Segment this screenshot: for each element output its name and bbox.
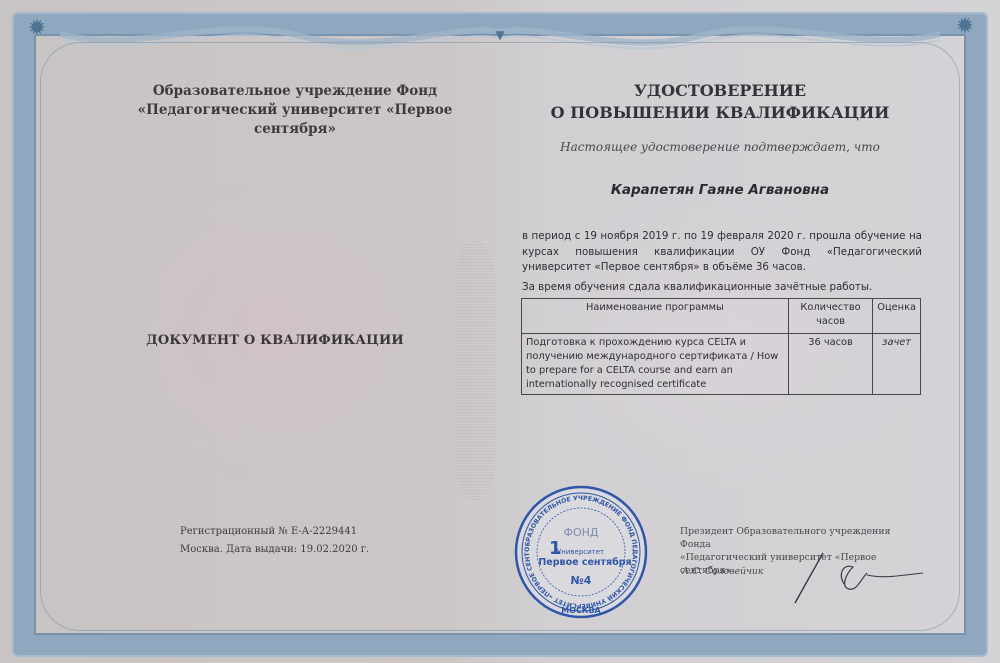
- header-program-name: Наименование программы: [522, 299, 789, 334]
- issue-date: Москва. Дата выдачи: 19.02.2020 г.: [180, 541, 440, 559]
- organization-title: Образовательное учреждение Фонд «Педагог…: [110, 82, 480, 139]
- certificate-title-line2: О ПОВЫШЕНИИ КВАЛИФИКАЦИИ: [540, 102, 900, 124]
- stamp-number: №4: [571, 574, 592, 587]
- header-grade: Оценка: [873, 299, 921, 334]
- document-type-label: ДОКУМЕНТ О КВАЛИФИКАЦИИ: [120, 333, 430, 348]
- certificate-title: УДОСТОВЕРЕНИЕ О ПОВЫШЕНИИ КВАЛИФИКАЦИИ: [540, 80, 900, 124]
- program-table: Наименование программы Количество часов …: [521, 298, 921, 395]
- handwritten-signature: [775, 545, 925, 605]
- registration-number: Регистрационный № Е-А-2229441: [180, 523, 440, 541]
- cell-program-name: Подготовка к прохождению курса CELTA и п…: [522, 334, 789, 395]
- recipient-name: Карапетян Гаяне Агвановна: [540, 182, 900, 198]
- signer-name: А.С. Соловейчик: [682, 566, 763, 577]
- cell-hours: 36 часов: [788, 334, 872, 395]
- registration-block: Регистрационный № Е-А-2229441 Москва. Да…: [180, 523, 440, 559]
- stamp-line1: Университет: [557, 548, 604, 556]
- table-header-row: Наименование программы Количество часов …: [522, 299, 921, 334]
- rosette-icon: ✹: [20, 12, 54, 46]
- header-hours: Количество часов: [788, 299, 872, 334]
- stamp-top-word: ФОНД: [564, 526, 599, 539]
- stamp-city: МОСКВА: [561, 606, 601, 615]
- works-statement: За время обучения сдала квалификационные…: [522, 281, 922, 293]
- stamp-line2: Первое сентября: [538, 557, 631, 568]
- cell-grade: зачет: [873, 334, 921, 395]
- organization-title-line2: «Педагогический университет «Первое сент…: [110, 101, 480, 139]
- rosette-icon: ✹: [948, 10, 982, 44]
- confirmation-text: Настоящее удостоверение подтверждает, чт…: [540, 140, 900, 154]
- stamp-one-icon: 1: [549, 538, 562, 559]
- certificate-title-line1: УДОСТОВЕРЕНИЕ: [540, 80, 900, 102]
- table-row: Подготовка к прохождению курса CELTA и п…: [522, 334, 921, 395]
- organization-title-line1: Образовательное учреждение Фонд: [110, 82, 480, 101]
- official-stamp: ОБРАЗОВАТЕЛЬНОЕ УЧРЕЖДЕНИЕ ФОНД ПЕДАГОГИ…: [513, 484, 649, 620]
- frame-center-ornament-icon: ▼: [495, 28, 505, 42]
- training-description: в период с 19 ноября 2019 г. по 19 февра…: [522, 229, 922, 276]
- center-guilloche-ornament: [455, 240, 495, 500]
